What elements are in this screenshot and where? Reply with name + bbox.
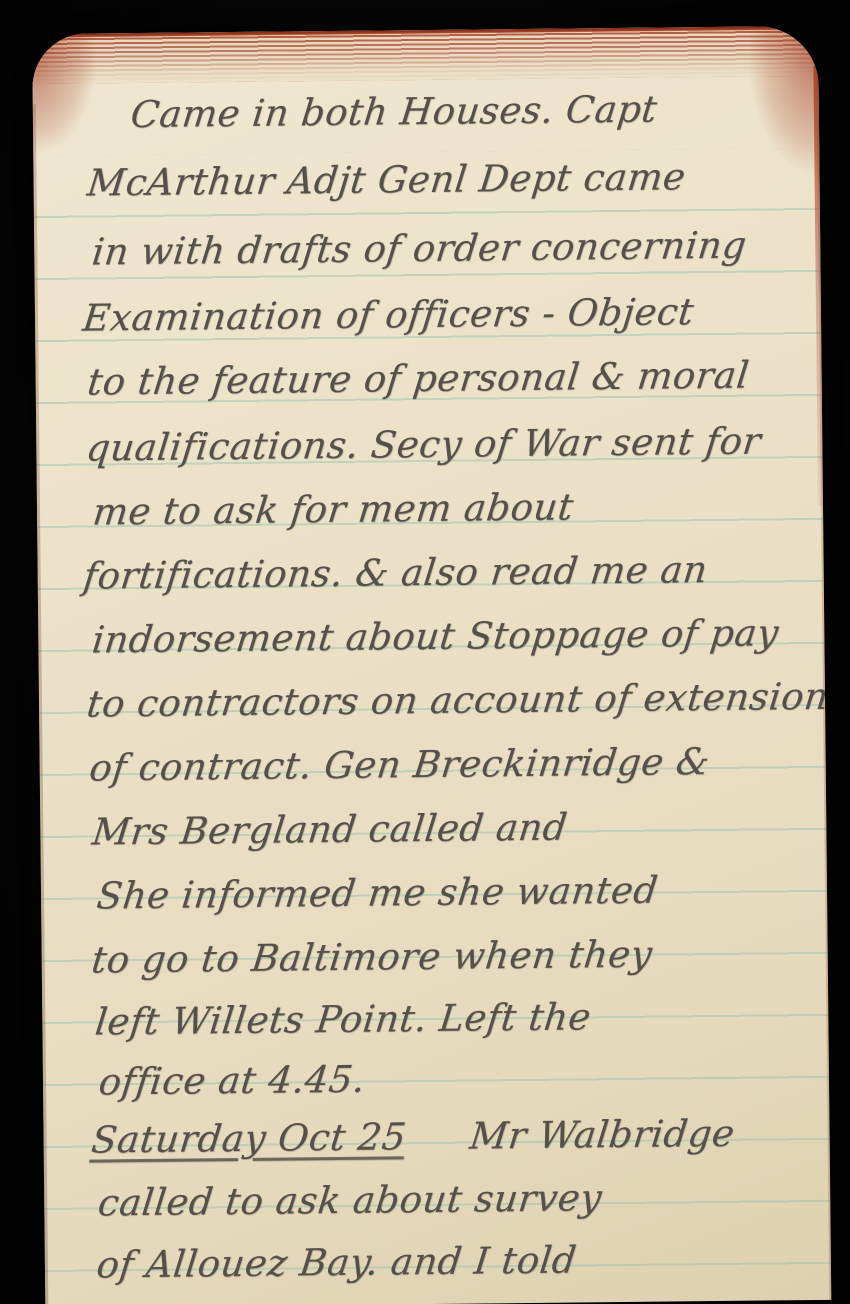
entry-date-following-text: Mr Walbridge	[468, 1112, 737, 1158]
handwriting-line: of Allouez Bay. and I told	[95, 1241, 579, 1283]
notebook-page: Came in both Houses. Capt McArthur Adjt …	[32, 26, 831, 1304]
page-left-edge	[33, 104, 49, 1304]
handwriting-line: Mrs Bergland called and	[90, 809, 569, 851]
handwriting-line: in with drafts of order concerning	[90, 227, 748, 271]
handwriting-line: left Willets Point. Left the	[93, 998, 593, 1040]
handwriting-line: Examination of officers - Object	[81, 293, 696, 336]
handwritten-entry: Came in both Houses. Capt McArthur Adjt …	[60, 26, 823, 1304]
handwriting-line: to go to Baltimore when they	[90, 936, 655, 979]
handwriting-line: of contract. Gen Breckinridge &	[88, 743, 712, 787]
handwriting-line: office at 4.45.	[97, 1061, 367, 1101]
photo-background: Came in both Houses. Capt McArthur Adjt …	[0, 0, 850, 1304]
handwriting-line: indorsement about Stoppage of pay	[90, 614, 780, 658]
handwriting-line: McArthur Adjt Genl Dept came	[86, 158, 688, 201]
handwriting-line: to contractors on account of extension	[85, 678, 831, 723]
handwriting-line: called to ask about survey	[96, 1179, 604, 1221]
handwriting-line-with-date: Saturday Oct 25Mr Walbridge	[90, 1115, 737, 1159]
handwriting-line: fortifications. & also read me an	[82, 551, 710, 595]
entry-date: Saturday Oct 25	[89, 1115, 408, 1161]
handwriting-line: me to ask for mem about	[91, 488, 575, 530]
handwriting-line: She informed me she wanted	[95, 872, 660, 915]
handwriting-line: Came in both Houses. Capt	[129, 91, 659, 134]
handwriting-line: qualifications. Secy of War sent for	[84, 422, 763, 466]
handwriting-line: to the feature of personal & moral	[86, 357, 751, 401]
